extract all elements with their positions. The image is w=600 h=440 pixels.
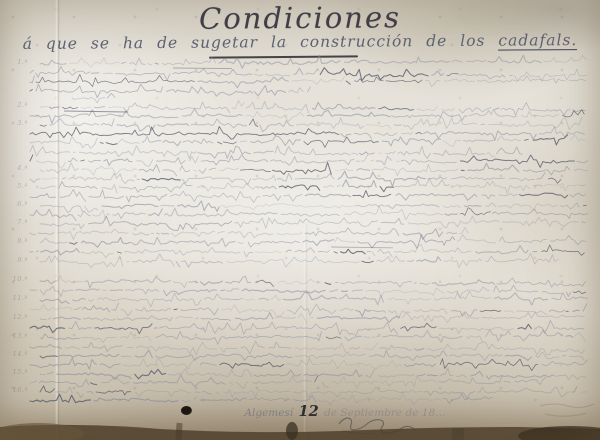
clause-number: 10.ª: [4, 275, 28, 283]
edge-smudge: [175, 423, 182, 440]
word-underline: [331, 247, 393, 248]
subtitle-text: á que se ha de sugetar la construcción d…: [23, 32, 486, 53]
dateline: Algemesí 12 de Septiembre de 18…: [225, 403, 465, 420]
signature-flourish: [339, 418, 415, 433]
clause-number: 5.ª: [4, 182, 28, 190]
clause-number: 9.ª: [4, 256, 28, 264]
handwriting-lines: [0, 0, 600, 440]
edge-smudge: [286, 422, 298, 440]
subtitle-underlined-word: cadafals.: [498, 31, 577, 51]
dateline-place: Algemesí: [244, 407, 293, 419]
photo-bottom-edge: [0, 425, 600, 440]
dateline-day: 12: [297, 403, 321, 420]
edge-smudge: [452, 428, 464, 440]
signature-rubric: [343, 429, 409, 434]
clause-number: 4.ª: [4, 164, 28, 172]
dateline-month-year: de Septiembre de 18…: [324, 407, 446, 419]
clause-number: 12.ª: [4, 313, 28, 321]
clause-number: 15.ª: [4, 368, 28, 376]
clause-number: 16.ª: [4, 386, 28, 394]
title-divider-rule: [209, 55, 358, 59]
fold-crease: [55, 0, 60, 440]
word-underline: [173, 68, 232, 69]
edge-shadow-blob: [0, 423, 84, 440]
clause-number: 14.ª: [4, 350, 28, 358]
clause-number: 8.ª: [4, 237, 28, 245]
edge-shadow-blob: [518, 426, 600, 440]
paper-texture: [0, 0, 600, 440]
clause-number: 1.ª: [4, 58, 28, 66]
word-underline: [64, 111, 127, 112]
clause-number: 6.ª: [4, 200, 28, 208]
pencil-scribble: [540, 404, 594, 416]
ink-blot-hole: [181, 406, 192, 415]
photo-marks: [0, 0, 600, 440]
manuscript-photo: Condiciones á que se ha de sugetar la co…: [0, 0, 600, 440]
document-subtitle: á que se ha de sugetar la construcción d…: [20, 31, 580, 53]
clause-number: 3.ª: [4, 119, 28, 127]
clause-number: 7.ª: [4, 218, 28, 226]
clause-number: 11.ª: [4, 294, 28, 302]
clause-number: 13.ª: [4, 332, 28, 340]
photo-vignette: [0, 0, 600, 440]
clause-number: 2.ª: [4, 101, 28, 109]
